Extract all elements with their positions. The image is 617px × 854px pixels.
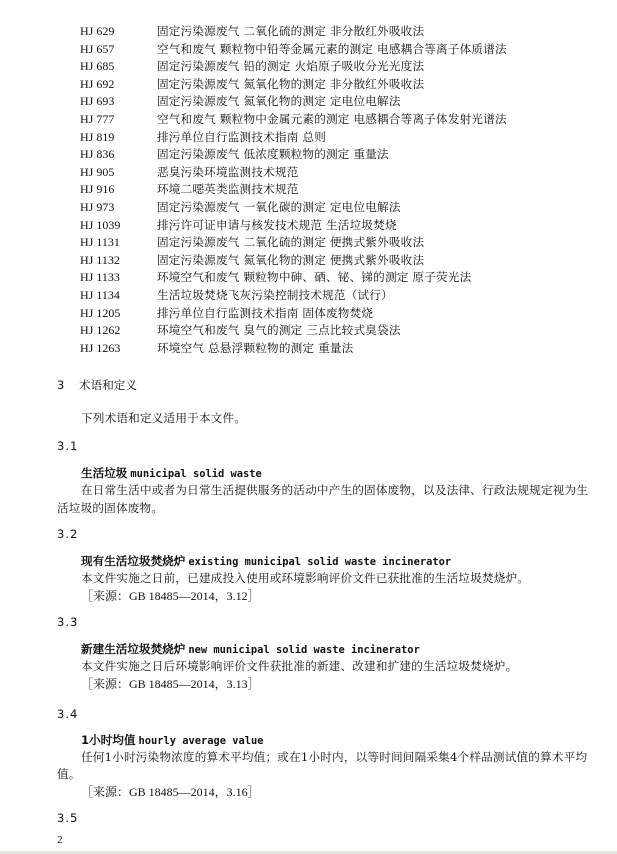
term-entry: 新建生活垃圾焚烧炉new municipal solid waste incin… (81, 642, 420, 657)
reference-code: HJ 905 (80, 165, 114, 179)
reference-code: HJ 1262 (80, 323, 120, 337)
term-en: municipal solid waste (130, 468, 261, 480)
reference-item: HJ 1132 固定污染源废气 氮氧化物的测定 便携式紫外吸收法 (0, 253, 617, 271)
clause-number: 3.2 (57, 527, 78, 541)
reference-title: 空气和废气 颗粒物中金属元素的测定 电感耦合等离子体发射光谱法 (157, 112, 507, 126)
reference-title: 环境空气和废气 颗粒物中砷、硒、铋、锑的测定 原子荧光法 (157, 270, 471, 284)
reference-title: 生活垃圾焚烧飞灰污染控制技术规范（试行） (157, 288, 393, 302)
term-zh: 生活垃圾 (81, 466, 127, 480)
term-definition: 在日常生活中或者为日常生活提供服务的活动中产生的固体废物，以及法律、行政法规规定… (81, 483, 588, 497)
reference-item: HJ 685 固定污染源废气 铅的测定 火焰原子吸收分光光度法 (0, 59, 617, 77)
term-en: hourly average value (138, 735, 263, 747)
reference-item: HJ 777 空气和废气 颗粒物中金属元素的测定 电感耦合等离子体发射光谱法 (0, 112, 617, 130)
reference-code: HJ 1132 (80, 253, 120, 267)
reference-title: 排污单位自行监测技术指南 固体废物焚烧 (157, 306, 373, 320)
term-zh: 现有生活垃圾焚烧炉 (81, 554, 185, 568)
reference-item: HJ 1039 排污许可证申请与核发技术规范 生活垃圾焚烧 (0, 218, 617, 236)
term-en: existing municipal solid waste incinerat… (188, 556, 451, 568)
section-heading: 3术语和定义 (57, 378, 137, 392)
reference-code: HJ 819 (80, 130, 114, 144)
document-page: HJ 629 固定污染源废气 二氧化硫的测定 非分散红外吸收法 HJ 657 空… (0, 0, 617, 851)
reference-code: HJ 685 (80, 59, 114, 73)
reference-code: HJ 693 (80, 94, 114, 108)
clause-number: 3.3 (57, 615, 78, 629)
term-zh: 1小时均值 (81, 733, 135, 747)
reference-item: HJ 1262 环境空气和废气 臭气的测定 三点比较式臭袋法 (0, 323, 617, 341)
reference-item: HJ 692 固定污染源废气 氮氧化物的测定 非分散红外吸收法 (0, 77, 617, 95)
reference-item: HJ 1263 环境空气 总悬浮颗粒物的测定 重量法 (0, 341, 617, 359)
reference-code: HJ 1134 (80, 288, 120, 302)
clause-number: 3.5 (57, 811, 78, 825)
reference-title: 固定污染源废气 氮氧化物的测定 非分散红外吸收法 (157, 77, 424, 91)
reference-code: HJ 973 (80, 200, 114, 214)
reference-item: HJ 693 固定污染源废气 氮氧化物的测定 定电位电解法 (0, 94, 617, 112)
reference-item: HJ 905 恶臭污染环境监测技术规范 (0, 165, 617, 183)
reference-code: HJ 629 (80, 24, 114, 38)
term-definition-continuation: 活垃圾的固体废物。 (57, 501, 163, 515)
reference-title: 空气和废气 颗粒物中铅等金属元素的测定 电感耦合等离子体质谱法 (157, 42, 507, 56)
reference-title: 环境空气和废气 臭气的测定 三点比较式臭袋法 (157, 323, 401, 337)
reference-item: HJ 916 环境二噁英类监测技术规范 (0, 182, 617, 200)
term-definition-continuation: 值。 (57, 767, 81, 781)
reference-title: 固定污染源废气 二氧化硫的测定 非分散红外吸收法 (157, 24, 424, 38)
reference-item: HJ 629 固定污染源废气 二氧化硫的测定 非分散红外吸收法 (0, 24, 617, 42)
reference-item: HJ 657 空气和废气 颗粒物中铅等金属元素的测定 电感耦合等离子体质谱法 (0, 42, 617, 60)
reference-code: HJ 657 (80, 42, 114, 56)
section-title: 术语和定义 (79, 378, 137, 392)
reference-code: HJ 1133 (80, 270, 120, 284)
page-number: 2 (57, 833, 63, 847)
section-intro: 下列术语和定义适用于本文件。 (81, 411, 246, 425)
reference-title: 固定污染源废气 铅的测定 火焰原子吸收分光光度法 (157, 59, 424, 73)
reference-code: HJ 1131 (80, 235, 120, 249)
clause-number: 3.1 (57, 439, 78, 453)
term-source: ［来源：GB 18485—2014，3.13］ (81, 677, 260, 691)
reference-code: HJ 836 (80, 147, 114, 161)
reference-title: 环境二噁英类监测技术规范 (157, 182, 299, 196)
reference-title: 固定污染源废气 一氧化碳的测定 定电位电解法 (157, 200, 401, 214)
reference-item: HJ 1131 固定污染源废气 二氧化硫的测定 便携式紫外吸收法 (0, 235, 617, 253)
term-definition: 任何1小时污染物浓度的算术平均值；或在1小时内，以等时间间隔采集4个样品测试值的… (81, 750, 587, 764)
term-en: new municipal solid waste incinerator (188, 644, 419, 656)
term-source: ［来源：GB 18485—2014，3.12］ (81, 589, 260, 603)
reference-title: 排污单位自行监测技术指南 总则 (157, 130, 326, 144)
reference-item: HJ 836 固定污染源废气 低浓度颗粒物的测定 重量法 (0, 147, 617, 165)
term-entry: 现有生活垃圾焚烧炉existing municipal solid waste … (81, 554, 451, 569)
term-definition: 本文件实施之日后环境影响评价文件获批准的新建、改建和扩建的生活垃圾焚烧炉。 (81, 659, 517, 673)
reference-title: 环境空气 总悬浮颗粒物的测定 重量法 (157, 341, 353, 355)
reference-title: 固定污染源废气 低浓度颗粒物的测定 重量法 (157, 147, 389, 161)
reference-item: HJ 973 固定污染源废气 一氧化碳的测定 定电位电解法 (0, 200, 617, 218)
reference-item: HJ 1205 排污单位自行监测技术指南 固体废物焚烧 (0, 306, 617, 324)
term-zh: 新建生活垃圾焚烧炉 (81, 642, 185, 656)
reference-code: HJ 692 (80, 77, 114, 91)
reference-item: HJ 1134 生活垃圾焚烧飞灰污染控制技术规范（试行） (0, 288, 617, 306)
term-definition: 本文件实施之日前，已建成投入使用或环境影响评价文件已获批准的生活垃圾焚烧炉。 (81, 571, 529, 585)
reference-item: HJ 1133 环境空气和废气 颗粒物中砷、硒、铋、锑的测定 原子荧光法 (0, 270, 617, 288)
reference-title: 固定污染源废气 二氧化硫的测定 便携式紫外吸收法 (157, 235, 424, 249)
clause-number: 3.4 (57, 707, 78, 721)
reference-title: 固定污染源废气 氮氧化物的测定 便携式紫外吸收法 (157, 253, 424, 267)
term-entry: 生活垃圾municipal solid waste (81, 466, 262, 481)
reference-code: HJ 1205 (80, 306, 120, 320)
reference-item: HJ 819 排污单位自行监测技术指南 总则 (0, 130, 617, 148)
reference-code: HJ 1263 (80, 341, 120, 355)
term-source: ［来源：GB 18485—2014，3.16］ (81, 785, 260, 799)
reference-code: HJ 1039 (80, 218, 120, 232)
term-entry: 1小时均值hourly average value (81, 733, 264, 748)
reference-code: HJ 777 (80, 112, 114, 126)
reference-title: 固定污染源废气 氮氧化物的测定 定电位电解法 (157, 94, 401, 108)
reference-title: 排污许可证申请与核发技术规范 生活垃圾焚烧 (157, 218, 397, 232)
reference-code: HJ 916 (80, 182, 114, 196)
section-number: 3 (57, 378, 79, 392)
reference-title: 恶臭污染环境监测技术规范 (157, 165, 299, 179)
